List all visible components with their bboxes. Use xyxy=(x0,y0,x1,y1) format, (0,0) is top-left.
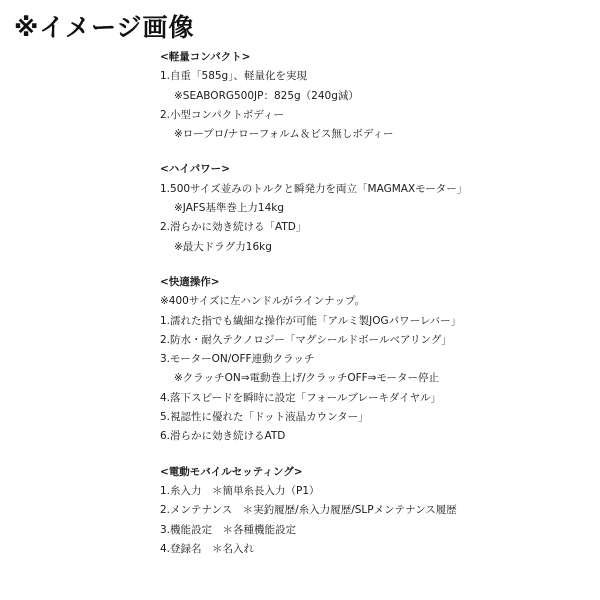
spec-line: 3.モーターON/OFF連動クラッチ xyxy=(160,350,590,369)
spec-content: <軽量コンパクト> 1.自重「585g」、軽量化を実現 ※SEABORG500J… xyxy=(160,48,590,559)
spec-line: 4.落下スピードを瞬時に設定「フォールブレーキダイヤル」 xyxy=(160,389,590,408)
spec-line: 2.小型コンパクトボディー xyxy=(160,106,590,125)
page-title: ※イメージ画像 xyxy=(14,8,195,44)
spec-line: 3.機能設定 ＊各種機能設定 xyxy=(160,521,590,540)
spec-line: 2.防水・耐久テクノロジー「マグシールドボールベアリング」 xyxy=(160,331,590,350)
spec-line: 1.自重「585g」、軽量化を実現 xyxy=(160,67,590,86)
section-gap xyxy=(160,144,590,160)
spec-line: 2.メンテナンス ＊実釣履歴/糸入力履歴/SLPメンテナンス履歴 xyxy=(160,501,590,520)
spec-line: 6.滑らかに効き続けるATD xyxy=(160,427,590,446)
section-heading: <快適操作> xyxy=(160,273,590,292)
spec-line: 4.登録名 ＊名入れ xyxy=(160,540,590,559)
spec-line: 1.500サイズ並みのトルクと瞬発力を両立「MAGMAXモーター」 xyxy=(160,180,590,199)
spec-line: ※400サイズに左ハンドルがラインナップ。 xyxy=(160,292,590,311)
section-heading: <ハイパワー> xyxy=(160,160,590,179)
section-mobile-setting: <電動モバイルセッティング> 1.糸入力 ＊簡単糸長入力（P1） 2.メンテナン… xyxy=(160,463,590,559)
spec-line: 2.滑らかに効き続ける「ATD」 xyxy=(160,218,590,237)
spec-line: 1.濡れた指でも繊細な操作が可能「アルミ製JOGパワーレバー」 xyxy=(160,312,590,331)
section-heading: <電動モバイルセッティング> xyxy=(160,463,590,482)
section-lightweight: <軽量コンパクト> 1.自重「585g」、軽量化を実現 ※SEABORG500J… xyxy=(160,48,590,144)
spec-note: ※SEABORG500JP：825g（240g減） xyxy=(160,87,590,106)
section-high-power: <ハイパワー> 1.500サイズ並みのトルクと瞬発力を両立「MAGMAXモーター… xyxy=(160,160,590,256)
spec-line: 5.視認性に優れた「ドット液晶カウンター」 xyxy=(160,408,590,427)
spec-note: ※クラッチON⇒電動巻上げ/クラッチOFF⇒モーター停止 xyxy=(160,369,590,388)
spec-note: ※JAFS基準巻上力14kg xyxy=(160,199,590,218)
section-gap xyxy=(160,257,590,273)
section-heading: <軽量コンパクト> xyxy=(160,48,590,67)
section-comfort-operation: <快適操作> ※400サイズに左ハンドルがラインナップ。 1.濡れた指でも繊細な… xyxy=(160,273,590,447)
spec-line: 1.糸入力 ＊簡単糸長入力（P1） xyxy=(160,482,590,501)
spec-note: ※最大ドラグ力16kg xyxy=(160,238,590,257)
section-gap xyxy=(160,447,590,463)
spec-note: ※ロープロ/ナローフォルム＆ビス無しボディー xyxy=(160,125,590,144)
